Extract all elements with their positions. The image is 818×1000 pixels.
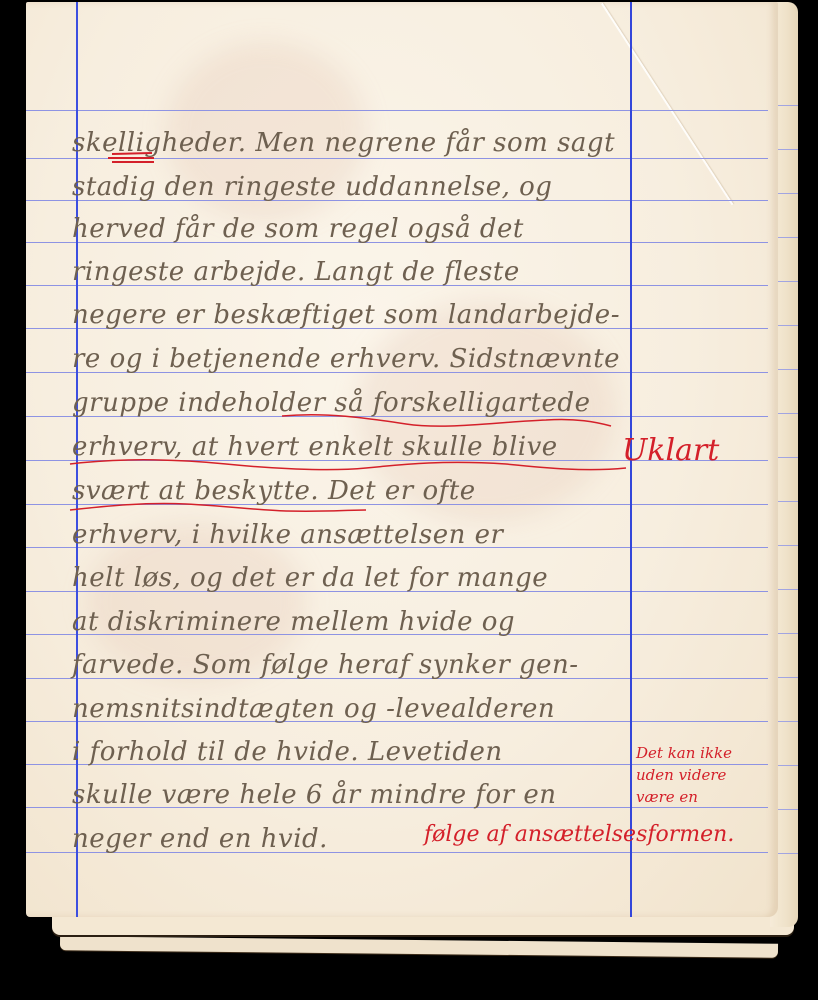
text-line: neger end en hvid. [72,826,328,852]
text-line: farvede. Som følge heraf synker gen- [72,652,579,678]
text-line: ringeste arbejde. Langt de fleste [72,259,520,285]
margin-note-line: Det kan ikke [636,746,732,761]
page-fold-crease [601,3,733,205]
margin-note-line: være en [636,790,698,805]
rule-line [26,110,768,111]
rule-line [26,158,768,159]
margin-note-continuation: følge af ansættelsesformen. [424,824,734,846]
text-line: stadig den ringeste uddannelse, og [72,174,552,200]
text-line: erhverv, at hvert enkelt skulle blive [72,434,558,460]
text-line: skulle være hele 6 år mindre for en [72,782,556,808]
margin-note-line: uden videre [636,768,726,783]
text-line: i forhold til de hvide. Levetiden [72,739,503,765]
notebook-page: skelligheder. Men negrene får som sagt s… [26,2,778,917]
text-line: skelligheder. Men negrene får som sagt [72,130,615,156]
text-line: herved får de som regel også det [72,216,524,242]
underlying-page-edge [60,936,778,958]
text-line: helt løs, og det er da let for mange [72,565,548,591]
text-line: svært at beskytte. Det er ofte [72,478,476,504]
text-line: re og i betjenende erhverv. Sidstnævnte [72,346,620,372]
text-line: negere er beskæftiget som landarbejde- [72,302,620,328]
margin-note-unclear: Uklart [622,436,719,466]
text-line: gruppe indeholder så forskelligartede [72,390,590,416]
text-line: nemsnitsindtægten og -levealderen [72,696,555,722]
text-line: erhverv, i hvilke ansættelsen er [72,522,503,548]
text-line: at diskriminere mellem hvide og [72,609,515,635]
